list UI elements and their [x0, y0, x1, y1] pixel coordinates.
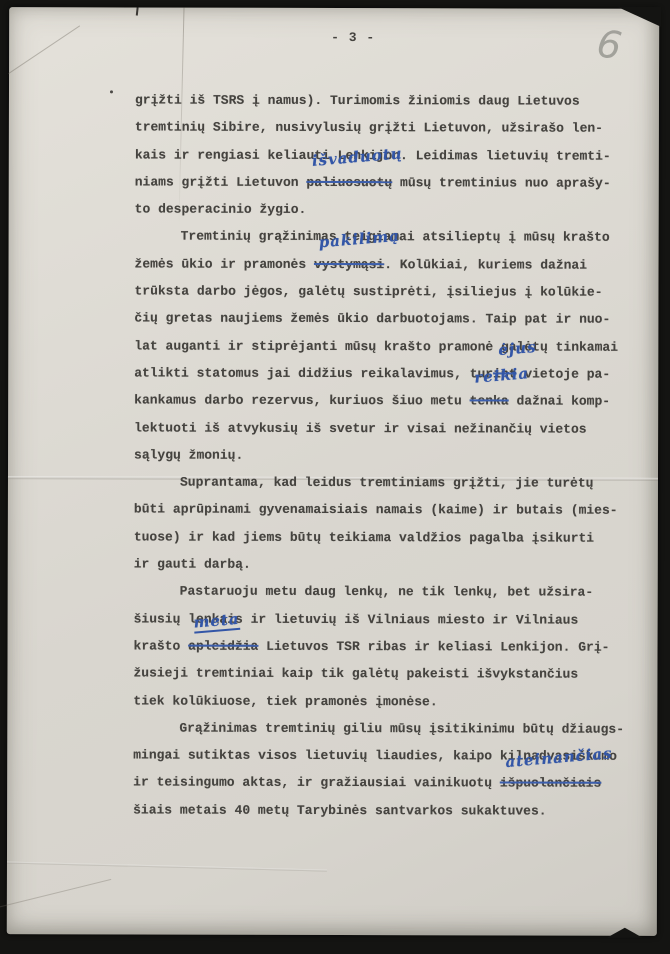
- typed-line: lat auganti ir stiprėjanti mūsų krašto p…: [134, 332, 639, 361]
- typed-text: trūksta darbo jėgos, galėtų sustiprėti, …: [134, 284, 602, 300]
- page-number: - 3 -: [331, 30, 375, 45]
- handwritten-correction: meta: [193, 612, 240, 634]
- typed-line: žemės ūkio ir pramonės vystymąsipakilimą…: [135, 250, 640, 279]
- typed-line: žusieji tremtiniai kaip tik galėtų pakei…: [133, 660, 638, 689]
- typed-line: grįžti iš TSRS į namus). Turimomis žinio…: [135, 86, 640, 115]
- correction-group: išpuolančiaisateinančias: [500, 770, 601, 798]
- typed-line: Grąžinimas tremtinių giliu mūsų įsitikin…: [133, 714, 638, 743]
- correction-group: vystymąsipakilimą: [314, 251, 384, 278]
- scan-background: - 3 - 6 grįžti iš TSRS į namus). Turimom…: [0, 0, 670, 954]
- typed-line: būti aprūpinami gyvenamaisiais namais (k…: [134, 496, 639, 525]
- typed-text: šiais metais 40 metų Tarybinės santvarko…: [133, 802, 547, 818]
- typed-text: ir teisingumo aktas, ir gražiausiai vain…: [133, 775, 500, 791]
- typed-line: šiais metais 40 metų Tarybinės santvarko…: [133, 796, 638, 825]
- correction-group: paliuosuotųišvaduotų: [306, 169, 392, 197]
- typed-line: trūksta darbo jėgos, galėtų sustiprėti, …: [134, 278, 639, 307]
- struck-word: tenka: [470, 394, 509, 409]
- typed-text: dažnai komp-: [509, 394, 610, 409]
- pencil-annotation: 6: [594, 21, 625, 68]
- typed-text: čių gretas naujiems žemės ūkio darbuotoj…: [134, 311, 610, 327]
- edge-mark: [136, 7, 139, 15]
- correction-group: apleidžiameta: [188, 633, 258, 660]
- typed-line: Suprantama, kad leidus tremtiniams grįžt…: [134, 469, 639, 498]
- typed-text: ir gauti darbą.: [134, 557, 251, 572]
- typed-text: tremtinių Sibire, nusivylusių grįžti Lie…: [135, 120, 603, 136]
- typed-line: ir gauti darbą.: [134, 551, 639, 580]
- struck-word: apleidžia: [188, 639, 258, 654]
- typed-text: žemės ūkio ir pramonės: [135, 256, 314, 271]
- typed-text: . Kolūkiai, kuriems dažnai: [384, 257, 587, 273]
- typed-line: ir teisingumo aktas, ir gražiausiai vain…: [133, 769, 638, 798]
- document-page: - 3 - 6 grįžti iš TSRS į namus). Turimom…: [7, 7, 659, 936]
- typed-text: atlikti statomus jai didžius reikalavimu…: [134, 365, 493, 381]
- typed-line: sąlygų žmonių.: [134, 441, 639, 470]
- typed-text: to desperacinio žygio.: [135, 202, 307, 217]
- paper-crease-top-left: [8, 25, 80, 74]
- struck-word: paliuosuotų: [306, 175, 392, 190]
- typed-line: Pastaruoju metu daug lenkų, ne tik lenkų…: [134, 578, 639, 607]
- typed-text: niams grįžti Lietuvon: [135, 174, 307, 189]
- typed-text: lektuoti iš atvykusių iš svetur ir visai…: [134, 420, 587, 436]
- typed-text-block: grįžti iš TSRS į namus). Turimomis žinio…: [133, 86, 640, 824]
- struck-word: išpuolančiais: [500, 776, 601, 791]
- typed-text: tiek kolūkiuose, tiek pramonės įmonėse.: [133, 693, 437, 709]
- typed-text: vietoje pa-: [517, 366, 611, 381]
- typed-line: kankamus darbo rezervus, kuriuos šiuo me…: [134, 387, 639, 416]
- typed-line: lektuoti iš atvykusių iš svetur ir visai…: [134, 414, 639, 443]
- typed-line: tremtinių Sibire, nusivylusių grįžti Lie…: [135, 114, 640, 143]
- paper-fold-bottom: [7, 862, 327, 872]
- typed-line: niams grįžti Lietuvon paliuosuotųišvaduo…: [135, 168, 640, 197]
- typed-text: krašto: [134, 638, 189, 653]
- typed-line: krašto apleidžiameta Lietuvos TSR ribas …: [134, 632, 639, 661]
- typed-text: mūsų tremtinius nuo aprašy-: [392, 175, 610, 191]
- struck-word: vystymąsi: [314, 257, 384, 272]
- typed-text: Pastaruoju metu daug lenkų, ne tik lenkų…: [180, 584, 594, 600]
- typed-line: to desperacinio žygio.: [135, 196, 640, 225]
- typed-text: grįžti iš TSRS į namus). Turimomis žinio…: [135, 92, 580, 108]
- typed-line: čių gretas naujiems žemės ūkio darbuotoj…: [134, 305, 639, 334]
- typed-text: lat auganti ir stiprėjanti mūsų krašto p…: [134, 338, 618, 354]
- paper-tear: [607, 928, 643, 938]
- typed-text: kankamus darbo rezervus, kuriuos šiuo me…: [134, 393, 470, 409]
- ink-speck: [110, 90, 113, 93]
- typed-line: atlikti statomus jai didžius reikalavimu…: [134, 359, 639, 388]
- typed-line: tiek kolūkiuose, tiek pramonės įmonėse.: [133, 687, 638, 716]
- typed-line: tuose) ir kad jiems būtų teikiama valdži…: [134, 523, 639, 552]
- typed-text: tuose) ir kad jiems būtų teikiama valdži…: [134, 529, 594, 545]
- typed-text: būti aprūpinami gyvenamaisiais namais (k…: [134, 502, 618, 518]
- typed-text: Suprantama, kad leidus tremtiniams grįžt…: [180, 475, 594, 491]
- correction-group: tenkareikia: [470, 388, 509, 415]
- typed-text: žusieji tremtiniai kaip tik galėtų pakei…: [133, 666, 578, 682]
- typed-text: Lietuvos TSR ribas ir keliasi Lenkijon. …: [258, 639, 609, 655]
- handwritten-correction: ėjus: [498, 340, 537, 358]
- typed-text: Grąžinimas tremtinių giliu mūsų įsitikin…: [179, 720, 624, 736]
- typed-text: sąlygų žmonių.: [134, 447, 243, 462]
- paper-crease-bottom-left: [0, 879, 111, 909]
